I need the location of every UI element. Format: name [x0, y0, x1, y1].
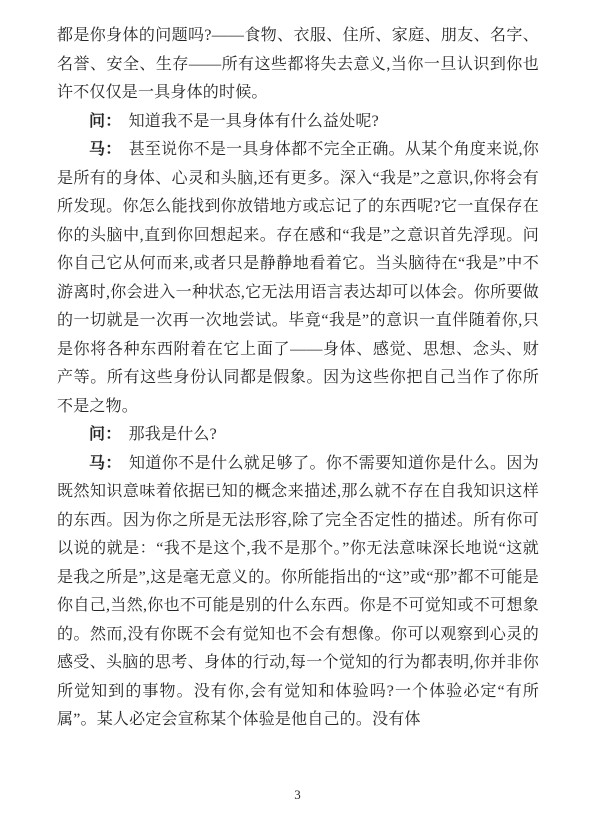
speaker-question-label: 问： [89, 113, 121, 130]
paragraph-question-2: 问：那我是什么? [57, 421, 539, 450]
page-number: 3 [0, 787, 595, 803]
paragraph-text: 知道我不是一具身体有什么益处呢? [129, 113, 379, 130]
paragraph-text: 都是你身体的问题吗?——食物、衣服、住所、家庭、朋友、名字、名誉、安全、生存——… [57, 27, 539, 101]
speaker-answer-label: 马： [89, 141, 122, 158]
paragraph-text: 甚至说你不是一具身体都不完全正确。从某个角度来说,你是所有的身体、心灵和头脑,还… [57, 141, 539, 415]
paragraph-text: 知道你不是什么就足够了。你不需要知道你是什么。因为既然知识意味着依据已知的概念来… [57, 455, 539, 729]
paragraph-continuation: 都是你身体的问题吗?——食物、衣服、住所、家庭、朋友、名字、名誉、安全、生存——… [57, 22, 539, 108]
paragraph-text: 那我是什么? [129, 426, 217, 443]
paragraph-answer-2: 马：知道你不是什么就足够了。你不需要知道你是什么。因为既然知识意味着依据已知的概… [57, 450, 539, 735]
paragraph-question-1: 问：知道我不是一具身体有什么益处呢? [57, 108, 539, 137]
paragraph-answer-1: 马：甚至说你不是一具身体都不完全正确。从某个角度来说,你是所有的身体、心灵和头脑… [57, 136, 539, 421]
speaker-question-label: 问： [89, 426, 121, 443]
document-page: 都是你身体的问题吗?——食物、衣服、住所、家庭、朋友、名字、名誉、安全、生存——… [0, 0, 595, 825]
page-content: 都是你身体的问题吗?——食物、衣服、住所、家庭、朋友、名字、名誉、安全、生存——… [57, 22, 539, 735]
speaker-answer-label: 马： [89, 455, 122, 472]
